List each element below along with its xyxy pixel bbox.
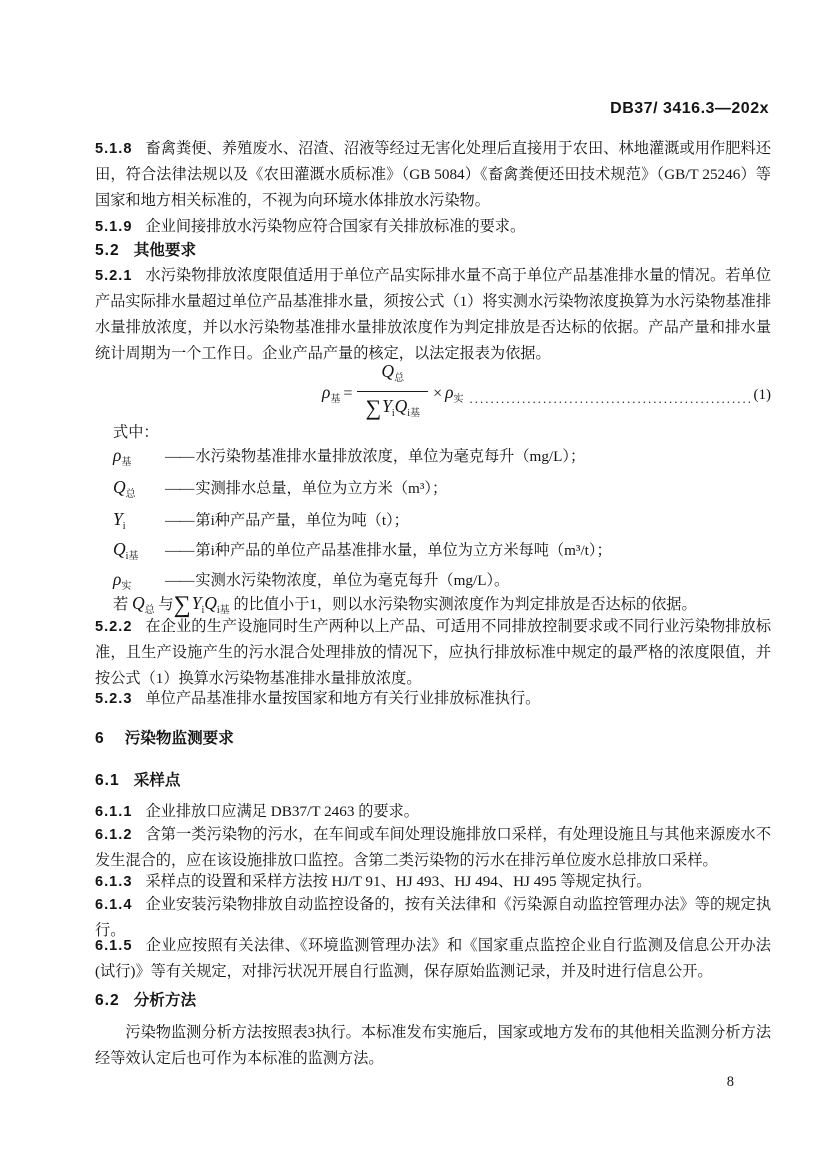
symbol: Q (132, 593, 145, 613)
definition-y-i: Yi——第i种产品产量，单位为吨（t）； (113, 506, 771, 540)
clause-number: 5.1.8 (95, 141, 132, 157)
subscript: 实 (454, 394, 464, 405)
clause-6-1-2: 6.1.2含第一类污染物的污水，在车间或车间处理设施排放口采样，有处理设施且与其… (95, 822, 771, 874)
section-number: 6.1 (95, 772, 120, 789)
subscript: i基 (407, 408, 420, 419)
subscript: 基 (330, 394, 340, 405)
math-symbol: Q总 (113, 474, 165, 508)
section-title: 分析方法 (134, 992, 196, 1009)
section-number: 5.2 (95, 242, 120, 259)
clause-text: 单位产品基准排水量按国家和地方有关行业排放标准执行。 (145, 690, 540, 707)
clause-5-2-2: 5.2.2在企业的生产设施同时生产两种以上产品、可适用不同排放控制要求或不同行业… (95, 614, 771, 692)
math-symbol: YiQi基 (192, 596, 230, 613)
subscript: i (123, 521, 126, 532)
clause-number: 6.1.3 (95, 874, 132, 890)
clause-text: 企业应按照有关法律、《环境监测管理办法》和《国家重点监控企业自行监测及信息公开办… (95, 937, 771, 980)
clause-5-2-1: 5.2.1水污染物排放浓度限值适用于单位产品实际排水量不高于单位产品基准排水量的… (95, 263, 771, 367)
q-symbol: Q (381, 361, 394, 381)
clause-text: 采样点的设置和采样方法按 HJ/T 91、HJ 493、HJ 494、HJ 49… (145, 873, 651, 890)
fraction: Q总 ∑YiQi基 (357, 360, 428, 427)
definition-text: 第i种产品的单位产品基准排水量，单位为立方米每吨（m³/t）； (195, 542, 611, 559)
y-symbol: Y (382, 396, 392, 416)
clause-number: 5.2.3 (95, 691, 132, 707)
equation-number: (1) (754, 387, 772, 404)
times-sign: × (433, 385, 442, 403)
definition-text: 水污染物基准排水量排放浓度，单位为毫克每升（mg/L）； (195, 448, 585, 465)
section-number: 6.2 (95, 992, 120, 1009)
symbol: Q (204, 593, 217, 613)
page-number: 8 (727, 1074, 734, 1091)
subscript: 基 (121, 457, 131, 468)
clause-number: 6.1.2 (95, 827, 132, 843)
subscript: i基 (126, 551, 139, 562)
symbol: Y (113, 509, 123, 529)
clause-number: 6.1.5 (95, 938, 132, 954)
subscript: 总 (126, 489, 136, 500)
clause-text: 水污染物排放浓度限值适用于单位产品实际排水量不高于单位产品基准排水量的情况。若单… (95, 267, 771, 362)
dash: —— (165, 572, 193, 589)
page-content: 5.1.8畜禽粪便、养殖废水、沼渣、沼液等经过无害化处理后直接用于农田、林地灌溉… (95, 0, 771, 1169)
dash: —— (165, 542, 193, 559)
leader-dots: ........................................… (470, 391, 751, 407)
formula-1: ρ基 = Q总 ∑YiQi基 × ρ实 ....................… (95, 360, 771, 427)
definition-text: 实测水污染物浓度，单位为毫克每升（mg/L）。 (195, 572, 509, 589)
clause-text: 畜禽粪便、养殖废水、沼渣、沼液等经过无害化处理后直接用于农田、林地灌溉或用作肥料… (95, 140, 771, 209)
section-heading-6-1: 6.1采样点 (95, 768, 771, 794)
math-symbol: Qi基 (113, 536, 165, 570)
clause-number: 5.2.1 (95, 268, 132, 284)
section-title: 其他要求 (134, 242, 196, 259)
dash: —— (165, 448, 193, 465)
text: 与 (158, 596, 173, 613)
formula-lhs: ρ基 (322, 382, 340, 405)
clause-5-1-8: 5.1.8畜禽粪便、养殖废水、沼渣、沼液等经过无害化处理后直接用于农田、林地灌溉… (95, 136, 771, 214)
clause-text: 企业排放口应满足 DB37/T 2463 的要求。 (145, 803, 419, 820)
symbol: Q (113, 539, 126, 559)
sum-symbol: ∑ (365, 395, 381, 420)
q-symbol: Q (395, 396, 408, 416)
section-heading-6-2: 6.2分析方法 (95, 988, 771, 1014)
clause-text: 企业间接排放水污染物应符合国家有关排放标准的要求。 (145, 218, 525, 235)
text: 若 (113, 596, 128, 613)
definition-q-total: Q总——实测排水总量，单位为立方米（m³）； (113, 474, 771, 508)
formula-expression: ρ基 = Q总 ∑YiQi基 × ρ实 (322, 360, 464, 427)
definition-text: 第i种产品产量，单位为吨（t）； (195, 512, 408, 529)
paragraph-6-2: 污染物监测分析方法按照表3执行。本标准发布实施后，国家或地方发布的其他相关监测分… (95, 1020, 771, 1072)
dash: —— (165, 512, 193, 529)
clause-text: 在企业的生产设施同时生产两种以上产品、可适用不同排放控制要求或不同行业污染物排放… (95, 618, 771, 687)
symbol: Q (113, 477, 126, 497)
math-symbol: ρ基 (113, 442, 165, 476)
numerator: Q总 (371, 360, 414, 391)
clause-number: 5.2.2 (95, 619, 132, 635)
section-heading-5-2: 5.2其他要求 (95, 238, 771, 264)
clause-text: 含第一类污染物的污水，在车间或车间处理设施排放口采样，有处理设施且与其他来源废水… (95, 826, 771, 869)
clause-6-1-5: 6.1.5企业应按照有关法律、《环境监测管理办法》和《国家重点监控企业自行监测及… (95, 933, 771, 985)
text: 的比值小于1，则以水污染物实测浓度作为判定排放是否达标的依据。 (233, 596, 696, 613)
subscript: 总 (394, 373, 404, 384)
definition-text: 实测排水总量，单位为立方米（m³）； (195, 480, 447, 497)
clause-5-2-3: 5.2.3单位产品基准排水量按国家和地方有关行业排放标准执行。 (95, 686, 771, 712)
formula-rhs: ρ实 (445, 382, 463, 405)
math-symbol: Yi (113, 506, 165, 540)
definition-q-i-base: Qi基——第i种产品的单位产品基准排水量，单位为立方米每吨（m³/t）； (113, 536, 771, 570)
clause-number: 5.1.9 (95, 219, 132, 235)
document-page: DB37/ 3416.3—202x 5.1.8畜禽粪便、养殖废水、沼渣、沼液等经… (0, 0, 826, 1169)
section-title: 采样点 (134, 772, 181, 789)
clause-number: 6.1.4 (95, 897, 132, 913)
section-heading-6: 6污染物监测要求 (95, 726, 771, 752)
clause-5-1-9: 5.1.9企业间接排放水污染物应符合国家有关排放标准的要求。 (95, 214, 771, 240)
equals-sign: = (343, 385, 352, 403)
math-symbol: Q总 (132, 596, 155, 613)
clause-number: 6.1.1 (95, 804, 132, 820)
rho-symbol: ρ (445, 382, 453, 402)
dash: —— (165, 480, 193, 497)
section-number: 6 (95, 730, 105, 747)
symbol: Y (192, 593, 202, 613)
definition-rho-base: ρ基——水污染物基准排水量排放浓度，单位为毫克每升（mg/L）； (113, 442, 771, 476)
section-title: 污染物监测要求 (125, 730, 234, 747)
